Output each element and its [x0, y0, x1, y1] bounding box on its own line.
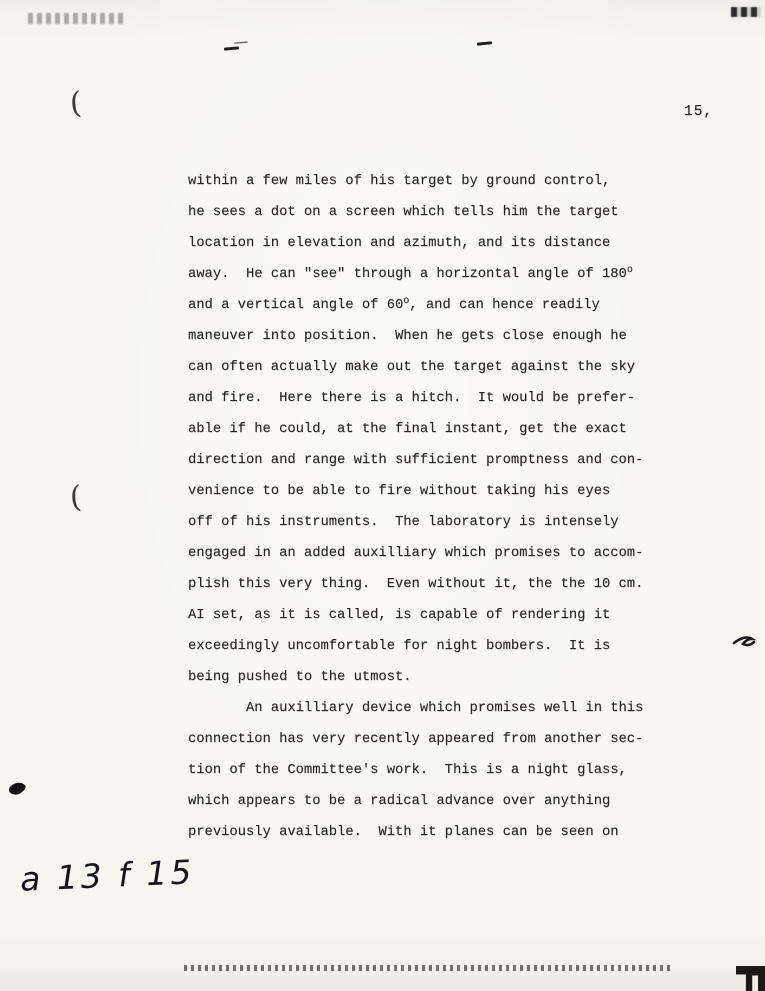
text-segment: previously available. With it planes can…	[188, 825, 619, 840]
text-line: exceedingly uncomfortable for night bomb…	[188, 631, 643, 662]
text-line: tion of the Committee's work. This is a …	[188, 755, 643, 786]
stray-dash-mark	[224, 46, 239, 50]
text-segment: venience to be able to fire without taki…	[188, 484, 610, 499]
text-segment: within a few miles of his target by grou…	[188, 174, 610, 189]
text-segment: AI set, as it is called, is capable of r…	[188, 608, 610, 623]
stray-squiggle-mark	[731, 634, 757, 657]
text-line: and fire. Here there is a hitch. It woul…	[188, 383, 643, 414]
text-segment: engaged in an added auxilliary which pro…	[188, 546, 643, 561]
text-segment: and a vertical angle of 60	[188, 298, 403, 313]
text-line: within a few miles of his target by grou…	[188, 166, 643, 197]
text-line: location in elevation and azimuth, and i…	[188, 228, 643, 259]
text-line: direction and range with sufficient prom…	[188, 445, 643, 476]
text-segment: exceedingly uncomfortable for night bomb…	[188, 639, 610, 654]
text-segment: he sees a dot on a screen which tells hi…	[188, 205, 619, 220]
text-line: engaged in an added auxilliary which pro…	[188, 538, 643, 569]
text-line: An auxilliary device which promises well…	[188, 693, 643, 724]
stray-dash-mark	[477, 41, 492, 45]
text-line: he sees a dot on a screen which tells hi…	[188, 197, 643, 228]
text-segment: An auxilliary device which promises well…	[188, 701, 643, 716]
handwritten-archive-note: a 13 f 15	[19, 852, 195, 899]
text-line: able if he could, at the final instant, …	[188, 414, 643, 445]
text-segment: , and can hence readily	[409, 298, 599, 313]
text-segment: and fire. Here there is a hitch. It woul…	[188, 391, 635, 406]
text-line: and a vertical angle of 60o, and can hen…	[188, 290, 643, 321]
text-line: can often actually make out the target a…	[188, 352, 643, 383]
text-segment: can often actually make out the target a…	[188, 360, 635, 375]
text-line: being pushed to the utmost.	[188, 662, 643, 693]
text-line: AI set, as it is called, is capable of r…	[188, 600, 643, 631]
text-segment: maneuver into position. When he gets clo…	[188, 329, 627, 344]
text-segment: direction and range with sufficient prom…	[188, 453, 643, 468]
text-line: away. He can "see" through a horizontal …	[188, 259, 643, 290]
stray-paren-mark: (	[69, 86, 83, 122]
scan-smudge-top-left	[28, 13, 123, 24]
ink-blot	[6, 780, 27, 797]
text-line: maneuver into position. When he gets clo…	[188, 321, 643, 352]
page-number: 15,	[684, 104, 713, 120]
text-segment: being pushed to the utmost.	[188, 670, 412, 685]
text-line: previously available. With it planes can…	[188, 817, 643, 848]
text-line: off of his instruments. The laboratory i…	[188, 507, 643, 538]
text-segment: location in elevation and azimuth, and i…	[188, 236, 610, 251]
text-segment: connection has very recently appeared fr…	[188, 732, 643, 747]
text-line: venience to be able to fire without taki…	[188, 476, 643, 507]
typewritten-text-block: within a few miles of his target by grou…	[188, 166, 643, 848]
text-segment: plish this very thing. Even without it, …	[188, 577, 643, 592]
degree-superscript: o	[403, 296, 409, 307]
text-segment: which appears to be a radical advance ov…	[188, 794, 610, 809]
text-line: which appears to be a radical advance ov…	[188, 786, 643, 817]
text-segment: tion of the Committee's work. This is a …	[188, 763, 627, 778]
text-segment: able if he could, at the final instant, …	[188, 422, 627, 437]
text-line: plish this very thing. Even without it, …	[188, 569, 643, 600]
scan-smudge-top-right	[731, 7, 761, 17]
stray-paren-mark: (	[69, 480, 83, 516]
text-segment: away. He can "see" through a horizontal …	[188, 267, 627, 282]
scan-corner-mark	[736, 966, 765, 991]
scan-edge-dashed-line	[184, 965, 672, 971]
text-line: connection has very recently appeared fr…	[188, 724, 643, 755]
text-segment: off of his instruments. The laboratory i…	[188, 515, 619, 530]
scanned-document-page: 15, ( ( within a few miles of his target…	[0, 0, 765, 991]
degree-superscript: o	[627, 265, 633, 276]
